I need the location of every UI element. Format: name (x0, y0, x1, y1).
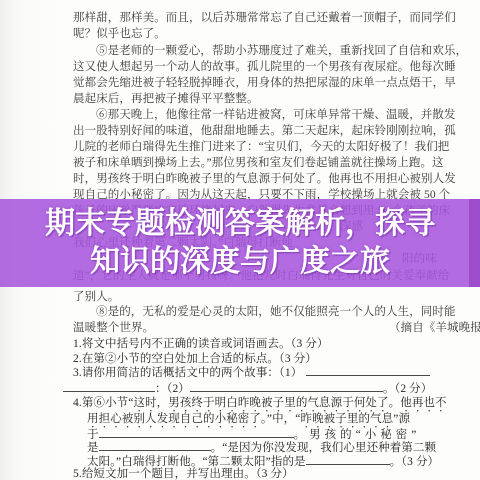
question-4-line4: 是。“是因为你没发现，我们心里还种着第二颗 (87, 441, 436, 454)
banner-right-edge (469, 199, 480, 287)
story-line-para6: ⑥那天晚上，他像往常一样钻进被窝，可床单异常干燥、温暖，并散发 (96, 109, 456, 121)
question-4-line3: 于。男孩的“小秘密” (87, 428, 420, 441)
story-line-para8: ⑧是的，无私的爱是心灵的太阳，她不仅能照亮一个人的人生，同时能 (96, 306, 456, 318)
question-4-text: 是 (87, 442, 99, 454)
question-4-text: ”中，“ (267, 413, 301, 425)
story-line: 出一股特别好闻的味道，他甜甜地睡去。第二天起床，起床铃刚刚拉响，孤 (73, 125, 456, 137)
answer-blank (306, 455, 390, 465)
story-line: 觉都会先缩进被子轻轻脱掉睡衣，用身体的热把尿湿的床单一点点焐干，早 (73, 77, 456, 89)
story-closing-line: 温暖整个世界。 （摘自《羊城晚报》） (73, 322, 154, 334)
answer-blank (63, 382, 155, 392)
question-4-quote: 昨晚被子里的气息 (300, 413, 393, 425)
question-4-text: 。“是因为你没发现，我们心里还种着第二颗 (211, 442, 437, 454)
banner-title-line1: 期末专题检测答案解析，探寻 (45, 205, 435, 243)
story-closing-text: 温暖整个世界。 (73, 322, 154, 334)
question-3-points: 。（2 分） (383, 383, 432, 395)
question-1: 1.将文中括号内不正确的读音或词语画去。（3 分） (73, 338, 329, 350)
story-line: 这又使人想起另一个动人的故事。孤儿院里的一个男孩有夜尿症。他每次睡 (73, 61, 456, 73)
question-4-quote: 这时，男孩终于明白昨晚被子里的气息源于何处了。他再也不 (133, 397, 446, 409)
source-citation: （摘自《羊城晚报》） (389, 322, 480, 334)
question-4-text: 。男孩的“小秘密” (294, 429, 421, 441)
answer-blank (99, 441, 211, 451)
question-5: 5.给短文加一个题目，并写出理由。（3 分） (73, 468, 294, 480)
question-3-sep: ：（2） (155, 383, 190, 395)
question-4-line5: 太阳。”白瑞得打断他。“第二颗太阳”指的是。（3 分） (87, 455, 439, 468)
story-line: 被子和床单晒到操场上去。”那位男孩和室友们卷起铺盖就往操场上跑。这 (73, 157, 444, 169)
question-4-text: 太阳。”白瑞得打断他。“第二颗太阳”指的是 (87, 456, 306, 468)
question-4-prefix: 4.第⑥小节“ (73, 397, 133, 409)
answer-blank (190, 382, 383, 392)
answer-blank (306, 366, 430, 376)
story-line-para5: ⑤是老师的一颗爱心，帮助小苏珊度过了难关，重新找回了自信和欢乐， (96, 45, 467, 57)
question-4-text: ”源 (393, 413, 410, 425)
question-3-line1: 3.请你用简洁的话概括文中的两个故事：（1） (73, 366, 430, 379)
question-3-text: 3.请你用简洁的话概括文中的两个故事：（1） (73, 367, 302, 379)
answer-blank (99, 428, 294, 438)
story-line: 那样甜，那样美。而且，以后苏珊常常忘了自己还戴着一顶帽子，而同学们 (73, 12, 456, 24)
question-4-points: 。（3 分） (390, 456, 439, 468)
banner-title-line2: 知识的深度与广度之旅 (90, 243, 390, 281)
exam-paper-photo: 那样甜，那样美。而且，以后苏珊常常忘了自己还戴着一顶帽子，而同学们 呢？似乎也忘… (0, 0, 480, 480)
story-line: 时，男孩终于明白昨晚被子里的气息源于何处了。他再也不用担心被别人发 (73, 173, 456, 185)
question-4-text: 于 (87, 429, 99, 441)
story-line: 晨起床后，再把被子摊得平平整整。 (73, 93, 259, 105)
question-2: 2.在第②小节的空白处加上合适的标点。（3 分） (73, 353, 317, 365)
story-line: 了别人。 (73, 291, 119, 303)
story-line: 儿院的老师白瑞得先生推门进来了：“宝贝们，今天的太阳好极了！我们把 (73, 141, 449, 153)
story-line: 呢？似乎也忘了。 (73, 28, 166, 40)
title-banner-overlay: 期末专题检测答案解析，探寻 知识的深度与广度之旅 (0, 199, 480, 287)
question-3-line2: ：（2）。（2 分） (63, 382, 432, 395)
question-4-quote: 用担心被别人发现自己的小秘密了。 (87, 413, 267, 425)
